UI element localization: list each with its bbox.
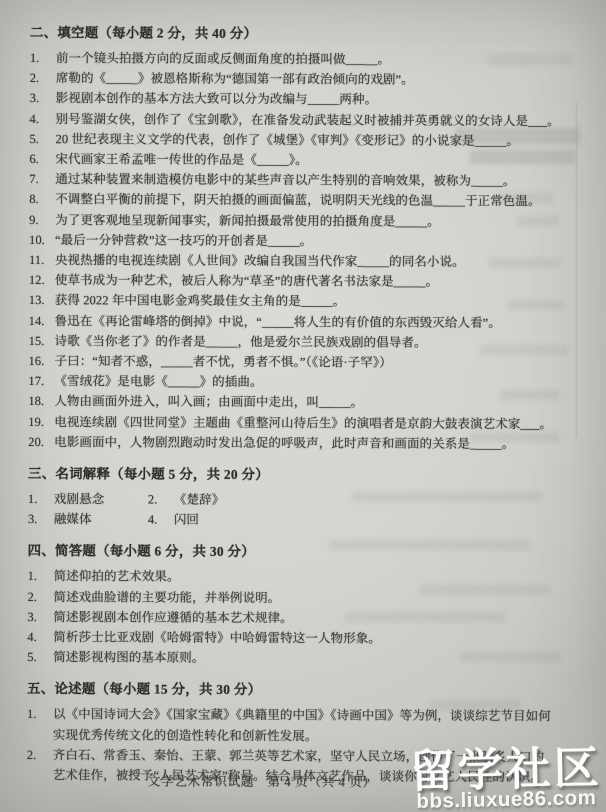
section-short-answer: 四、简答题（每小题 6 分，共 30 分） 1.简述仰拍的艺术效果。2.简述戏曲… [27,540,576,669]
question-text: 为了更客观地呈现新闻事实，新闻拍摄最常使用的拍摄角度是_____。 [55,210,577,232]
question-number: 4. [27,627,53,647]
question-list: 1.前一个镜头拍摄方向的反面或反侧面角度的拍摄叫做_____。2.席勒的《___… [28,48,578,454]
question-row: 4.别号鉴湖女侠，创作了《宝剑歌》，在准备发动武装起义时被捕并英勇就义的女诗人是… [30,109,578,132]
section-heading: 五、论述题（每小题 15 分，共 30 分） [27,678,575,699]
question-text: 获得 2022 年中国电影金鸡奖最佳女主角的是_____。 [55,291,577,313]
question-number: 14. [29,311,55,331]
question-number: 3. [30,88,56,108]
question-row: 7.通过某种装置来制造模仿电影中的某些声音以产生特别的音响效果，被称为_____… [29,169,577,192]
question-number: 9. [29,210,55,230]
question-text: 使草书成为一种艺术，被后人称为“草圣”的唐代著名书法家是_____。 [55,270,577,292]
question-text: 简述影视构图的基本原则。 [53,647,575,669]
question-row: 1.简述仰拍的艺术效果。 [28,566,576,589]
question-text: 戏剧悬念 [54,489,148,510]
question-row: 12.使草书成为一种艺术，被后人称为“草圣”的唐代著名书法家是_____。 [29,270,577,293]
question-text: 席勒的《_____》被恩格斯称为“德国第一部有政治倾向的戏剧”。 [56,68,578,90]
question-text: 影视剧本创作的基本方法大致可以分为改编与_____两种。 [56,89,578,111]
question-number: 5. [27,647,53,667]
question-row: 18.人物由画面外进入，叫入画；由画面中走出，叫_____。 [28,391,576,414]
watermark-site-url: bbs.liuxue86.com [410,786,602,812]
question-row: 10.“最后一分钟营救”这一技巧的开创者是_____。 [29,230,577,253]
question-row: 5.20 世纪表现主义文学的代表，创作了《城堡》《审判》《变形记》的小说家是__… [29,129,577,152]
watermark: 留学社区 bbs.liuxue86.com [409,745,602,812]
question-number: 20. [28,432,54,452]
question-row: 14.鲁迅在《再论雷峰塔的倒掉》中说，“_____将人生的有价值的东西毁灭给人看… [29,311,577,334]
question-text: 不调整白平衡的前提下，阴天拍摄的画面偏蓝，说明阴天光线的色温_____于正常色温… [55,190,577,212]
question-row: 15.诗歌《当你老了》的作者是_____，他是爱尔兰民族戏剧的倡导者。 [29,331,577,354]
question-row: 11.央视热播的电视连续剧《人世间》改编自我国当代作家_____的同名小说。 [29,250,577,273]
section-term-explanation: 三、名词解释（每小题 5 分，共 20 分） 1.戏剧悬念2.《楚辞》3.融媒体… [28,463,576,532]
question-row: 4.简析莎士比亚戏剧《哈姆雷特》中哈姆雷特这一人物形象。 [27,627,575,650]
question-number: 10. [29,230,55,250]
question-text: 以《中国诗词大会》《国家宝藏》《典籍里的中国》《诗画中国》等为例，谈谈综艺节目如… [53,705,575,748]
question-text: 别号鉴湖女侠，创作了《宝剑歌》，在准备发动武装起义时被捕并英勇就义的女诗人是__… [56,109,578,131]
question-row: 5.简述影视构图的基本原则。 [27,647,575,670]
question-row: 19.电视连续剧《四世同堂》主题曲《重整河山待后生》的演唱者是京韵大鼓表演艺术家… [28,412,576,435]
question-number: 16. [28,351,54,371]
question-text: 子曰：“知者不惑，_____者不忧，勇者不惧。”（《论语·子罕》） [54,351,576,373]
question-row: 2.席勒的《_____》被恩格斯称为“德国第一部有政治倾向的戏剧”。 [30,68,578,91]
question-text: 电视连续剧《四世同堂》主题曲《重整河山待后生》的演唱者是京韵大鼓表演艺术家___… [54,412,576,434]
question-text: 鲁迅在《再论雷峰塔的倒掉》中说，“_____将人生的有价值的东西毁灭给人看”。 [55,311,577,333]
question-text: 20 世纪表现主义文学的代表，创作了《城堡》《审判》《变形记》的小说家是____… [55,129,577,151]
question-number: 2. [30,68,56,88]
question-text: 电影画面中，人物剧烈跑动时发出急促的呼吸声，此时声音和画面的关系是_____。 [54,432,576,454]
question-number: 19. [28,412,54,432]
scanned-exam-page: 二、填空题（每小题 2 分，共 40 分） 1.前一个镜头拍摄方向的反面或反侧面… [0,0,606,812]
question-number: 12. [29,270,55,290]
question-number: 4. [148,510,174,530]
question-text: 简述影视剧本创作应遵循的基本艺术规律。 [53,607,575,629]
question-row: 3.简述影视剧本创作应遵循的基本艺术规律。 [27,607,575,630]
question-text: 央视热播的电视连续剧《人世间》改编自我国当代作家_____的同名小说。 [55,250,577,272]
term-item: 3.融媒体 [28,509,148,530]
question-number: 2. [27,587,53,607]
question-row: 1.前一个镜头拍摄方向的反面或反侧面角度的拍摄叫做_____。 [30,48,578,71]
question-number: 1. [30,48,56,68]
question-text: 通过某种装置来制造模仿电影中的某些声音以产生特别的音响效果，被称为_____。 [55,169,577,191]
term-item: 1.戏剧悬念 [28,489,148,510]
question-row: 8.不调整白平衡的前提下，阴天拍摄的画面偏蓝，说明阴天光线的色温_____于正常… [29,189,577,212]
question-text: 闪回 [174,510,224,530]
question-text: 宋代画家王希孟唯一传世的作品是《_____》。 [55,149,577,171]
question-row: 6.宋代画家王希孟唯一传世的作品是《_____》。 [29,149,577,172]
question-number: 17. [28,371,54,391]
question-number: 13. [29,290,55,310]
question-text: 《楚辞》 [174,490,224,510]
question-row: 9.为了更客观地呈现新闻事实，新闻拍摄最常使用的拍摄角度是_____。 [29,210,577,233]
question-number: 8. [29,189,55,209]
question-text: “最后一分钟营救”这一技巧的开创者是_____。 [55,230,577,252]
question-row: 16.子曰：“知者不惑，_____者不忧，勇者不惧。”（《论语·子罕》） [28,351,576,374]
question-number: 18. [28,391,54,411]
question-number: 6. [29,149,55,169]
question-row: 20.电影画面中，人物剧烈跑动时发出急促的呼吸声，此时声音和画面的关系是____… [28,432,576,455]
question-number: 15. [29,331,55,351]
question-number: 3. [28,509,54,529]
section-heading: 三、名词解释（每小题 5 分，共 20 分） [28,463,576,484]
question-text: 人物由画面外进入，叫入画；由画面中走出，叫_____。 [54,392,576,414]
question-row: 1.以《中国诗词大会》《国家宝藏》《典籍里的中国》《诗画中国》等为例，谈谈综艺节… [27,704,575,747]
question-number: 4. [30,109,56,129]
question-number: 1. [28,489,54,509]
question-text: 前一个镜头拍摄方向的反面或反侧面角度的拍摄叫做_____。 [56,48,578,70]
question-row: 13.获得 2022 年中国电影金鸡奖最佳女主角的是_____。 [29,290,577,313]
question-text: 简述仰拍的艺术效果。 [54,567,576,589]
question-number: 1. [28,566,54,586]
question-number: 5. [29,129,55,149]
question-text: 诗歌《当你老了》的作者是_____，他是爱尔兰民族戏剧的倡导者。 [55,331,577,353]
term-list: 1.戏剧悬念2.《楚辞》3.融媒体4.闪回 [28,489,576,532]
question-text: 简述戏曲脸谱的主要功能，并举例说明。 [53,587,575,609]
question-number: 2. [27,745,53,765]
question-row: 17.《雪绒花》是电影《_____》的插曲。 [28,371,576,394]
exam-content: 二、填空题（每小题 2 分，共 40 分） 1.前一个镜头拍摄方向的反面或反侧面… [27,22,578,788]
section-heading: 二、填空题（每小题 2 分，共 40 分） [30,22,578,43]
question-number: 7. [29,169,55,189]
question-text: 融媒体 [54,509,148,530]
section-heading: 四、简答题（每小题 6 分，共 30 分） [28,540,576,561]
question-text: 《雪绒花》是电影《_____》的插曲。 [54,371,576,393]
question-number: 1. [27,704,53,724]
section-fill-in-the-blank: 二、填空题（每小题 2 分，共 40 分） 1.前一个镜头拍摄方向的反面或反侧面… [28,22,578,454]
question-number: 11. [29,250,55,270]
question-row: 2.简述戏曲脸谱的主要功能，并举例说明。 [27,587,575,610]
question-number: 2. [148,490,174,510]
question-row: 3.影视剧本创作的基本方法大致可以分为改编与_____两种。 [30,88,578,111]
term-item: 4.闪回 [148,510,224,531]
question-text: 简析莎士比亚戏剧《哈姆雷特》中哈姆雷特这一人物形象。 [53,627,575,649]
question-list: 1.简述仰拍的艺术效果。2.简述戏曲脸谱的主要功能，并举例说明。3.简述影视剧本… [27,566,575,669]
question-number: 3. [27,607,53,627]
term-item: 2.《楚辞》 [148,490,224,511]
